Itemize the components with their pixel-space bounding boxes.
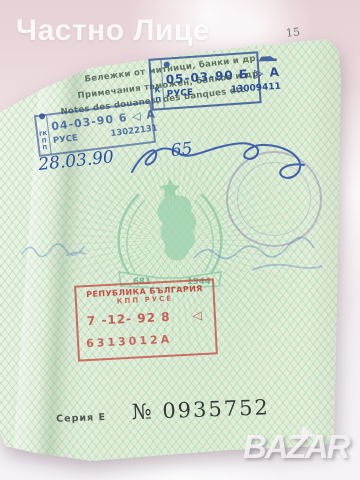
red-stamp-code: 6313012А — [84, 331, 211, 351]
stamp-office: РУСЕ — [53, 133, 79, 146]
red-stamp-date: 7 -12- 92 8 — [87, 310, 171, 328]
coat-of-arms-emblem: 681 1944 — [103, 176, 237, 294]
signature — [128, 132, 313, 192]
stamp-side-letters: ГКПП — [39, 131, 49, 152]
faint-handwriting-left — [20, 238, 100, 262]
border-police-stamp: РЕПУБЛИКА БЪЛГАРИЯ КПП РУСЕ 7 -12- 92 8 … — [74, 278, 218, 361]
series-label: Серия Е — [56, 412, 106, 425]
customs-stamp-entry: КП 05-03-90 Б ▷ А РУСЕ 13009411 — [148, 51, 261, 111]
stamp-office: РУСЕ — [167, 88, 194, 100]
serial-number: № 0935752 — [131, 395, 270, 424]
seller-type-overlay: Частно Лице — [16, 14, 210, 48]
listing-photo: 15 Бележки от митници, банки и др. Приме… — [0, 0, 360, 480]
page-number: 15 — [285, 25, 300, 39]
bazar-watermark: BAZAR — [243, 428, 348, 466]
lion-icon — [157, 195, 196, 260]
stamp-direction: ▷ А — [254, 65, 281, 81]
car-icon — [257, 53, 280, 64]
stamp-direction: ◁ А — [131, 108, 156, 124]
stamp-code: 13009411 — [231, 82, 282, 95]
red-stamp-direction: ◁ — [192, 308, 203, 323]
